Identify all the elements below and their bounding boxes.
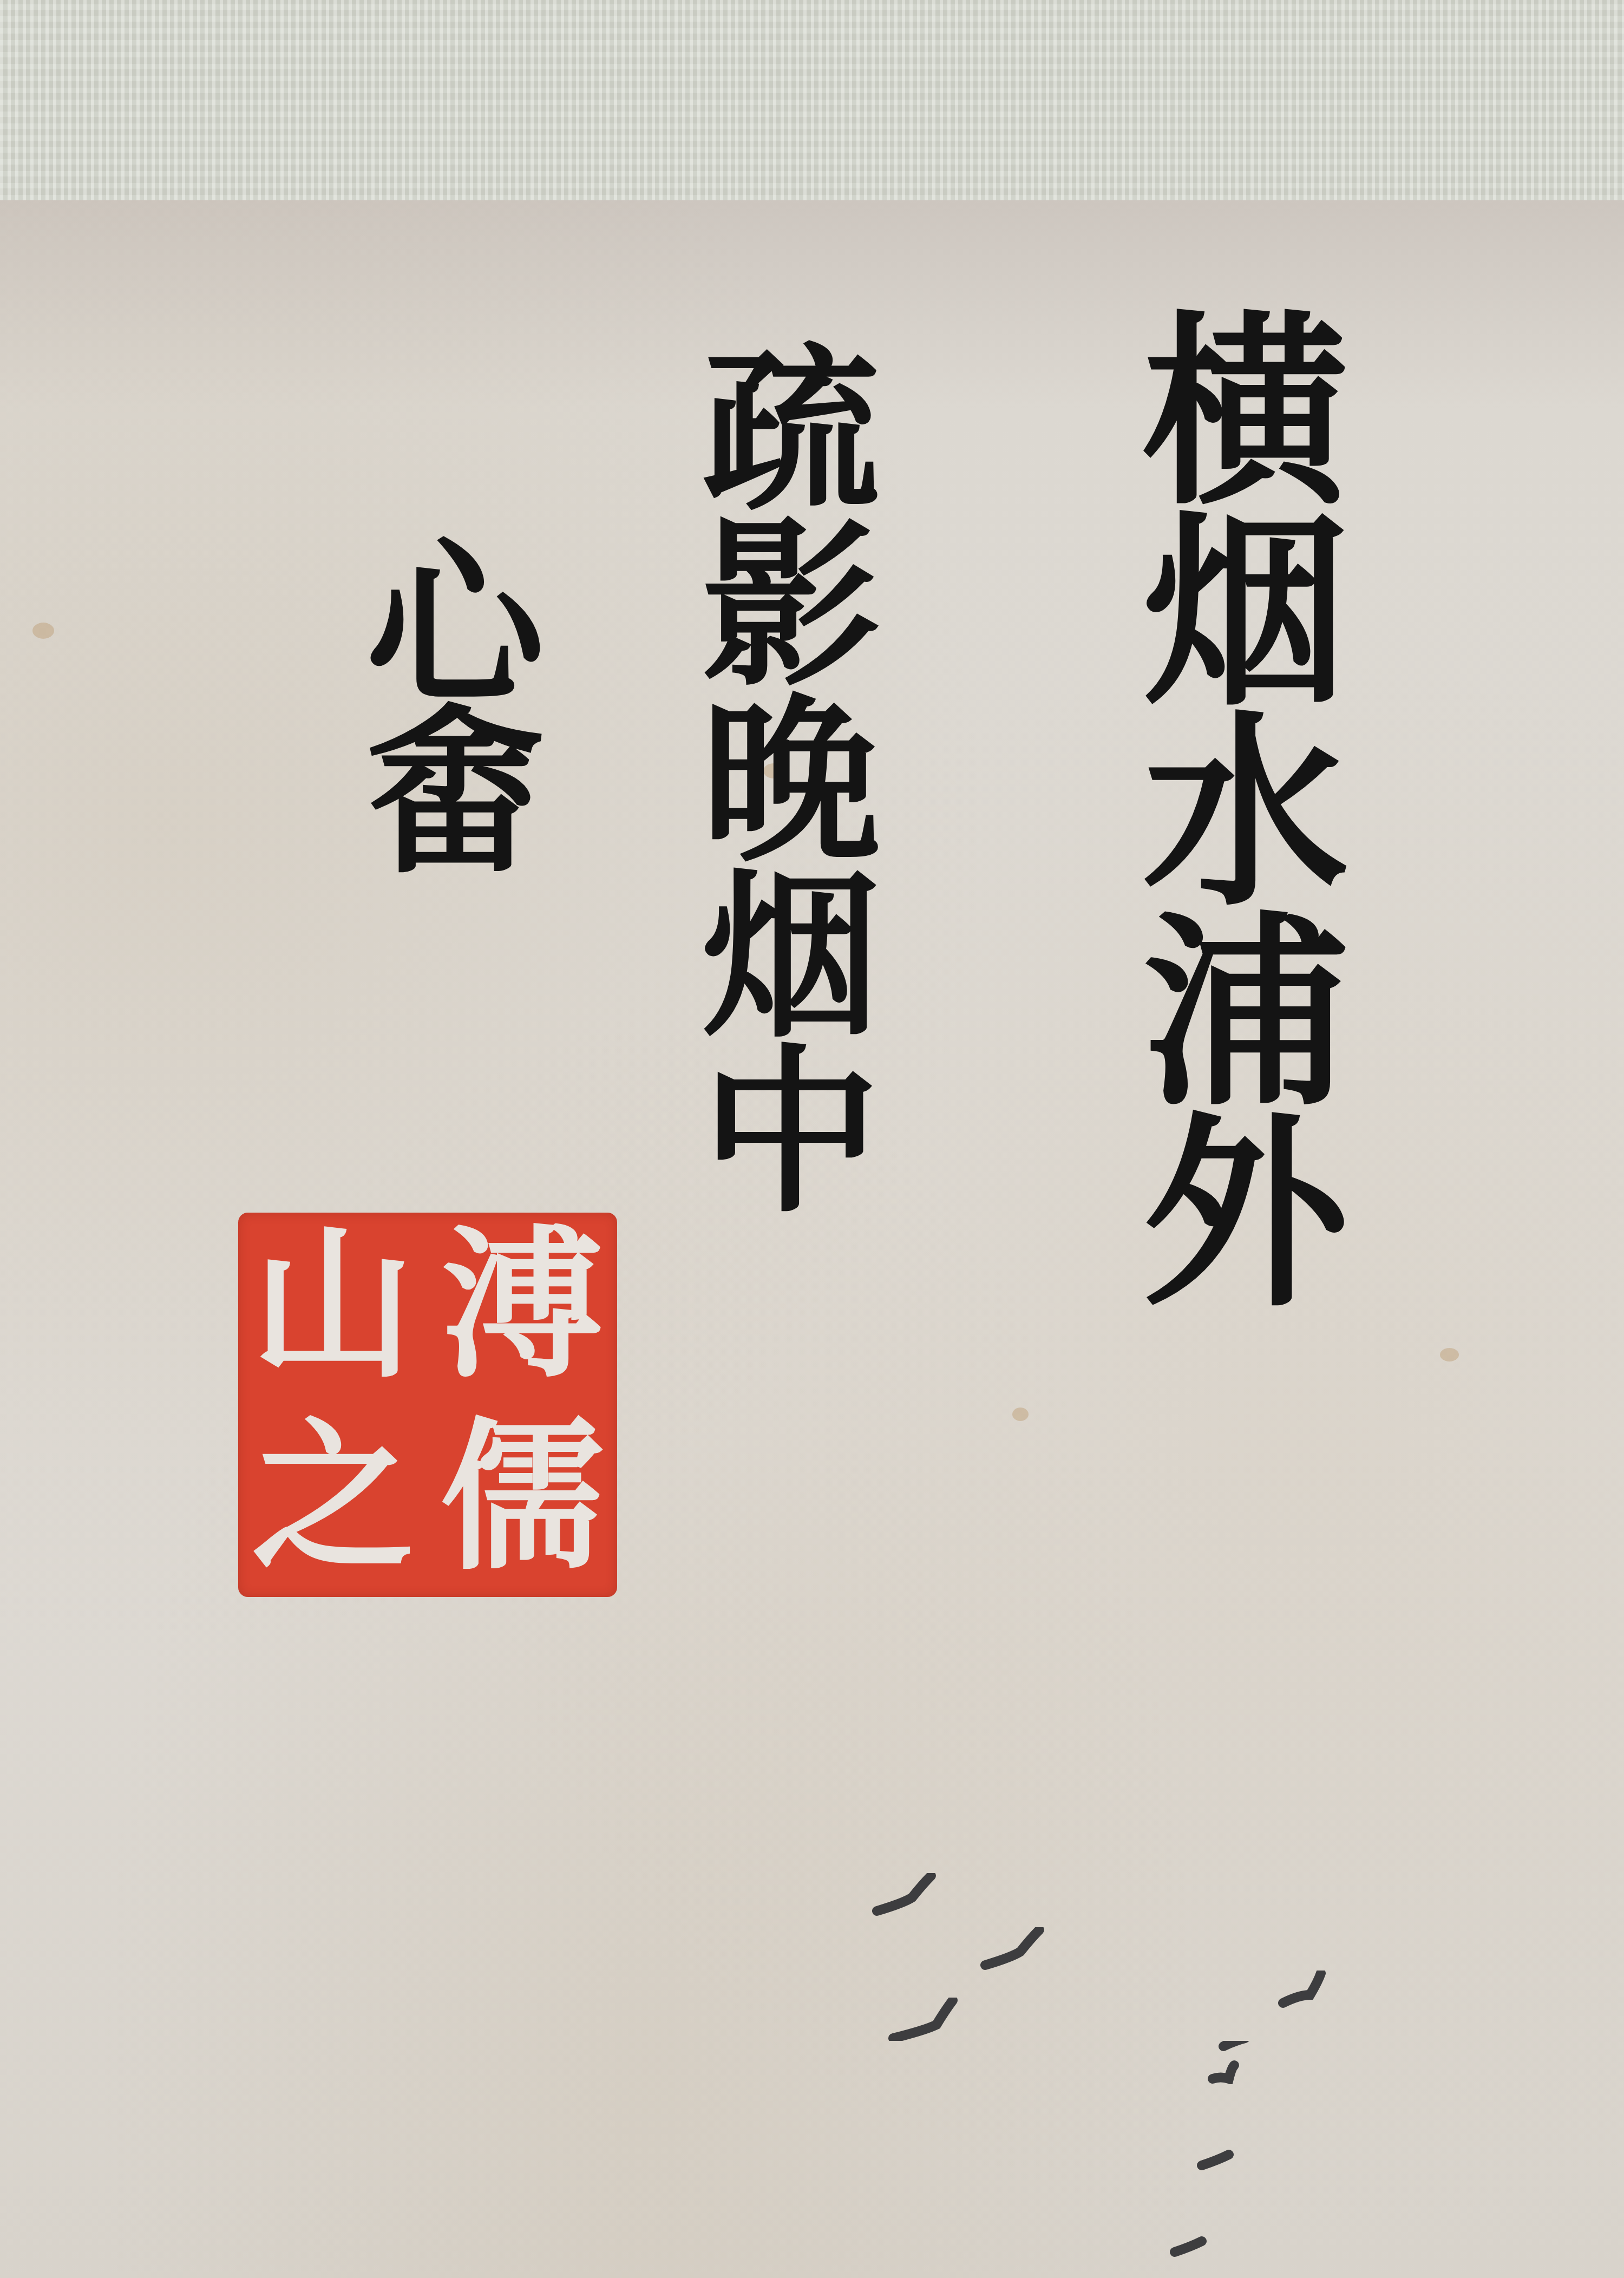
seal-char: 儒	[428, 1405, 617, 1597]
seal-char: 之	[238, 1405, 428, 1597]
bird-icon	[1169, 2225, 1278, 2268]
seal-char: 溥	[428, 1213, 617, 1405]
silk-mount-border	[0, 0, 1624, 200]
poem-column-right: 横烟水浦外	[1126, 303, 1332, 1305]
foxing-spot	[1012, 1408, 1029, 1421]
bird-icon	[1278, 1971, 1386, 2014]
poem-column-middle: 疏影晚烟中	[687, 336, 866, 1213]
seal-char: 山	[238, 1213, 428, 1405]
bird-icon	[980, 1927, 1088, 1971]
red-seal-stamp: 山 溥 之 儒	[238, 1213, 617, 1597]
bird-icon	[872, 1873, 980, 1916]
foxing-spot	[1440, 1348, 1459, 1361]
foxing-spot	[32, 623, 54, 639]
bird-icon	[1207, 2041, 1315, 2084]
bird-icon	[888, 1998, 996, 2041]
bird-icon	[1196, 2138, 1305, 2182]
artist-signature: 心畬	[352, 531, 531, 866]
